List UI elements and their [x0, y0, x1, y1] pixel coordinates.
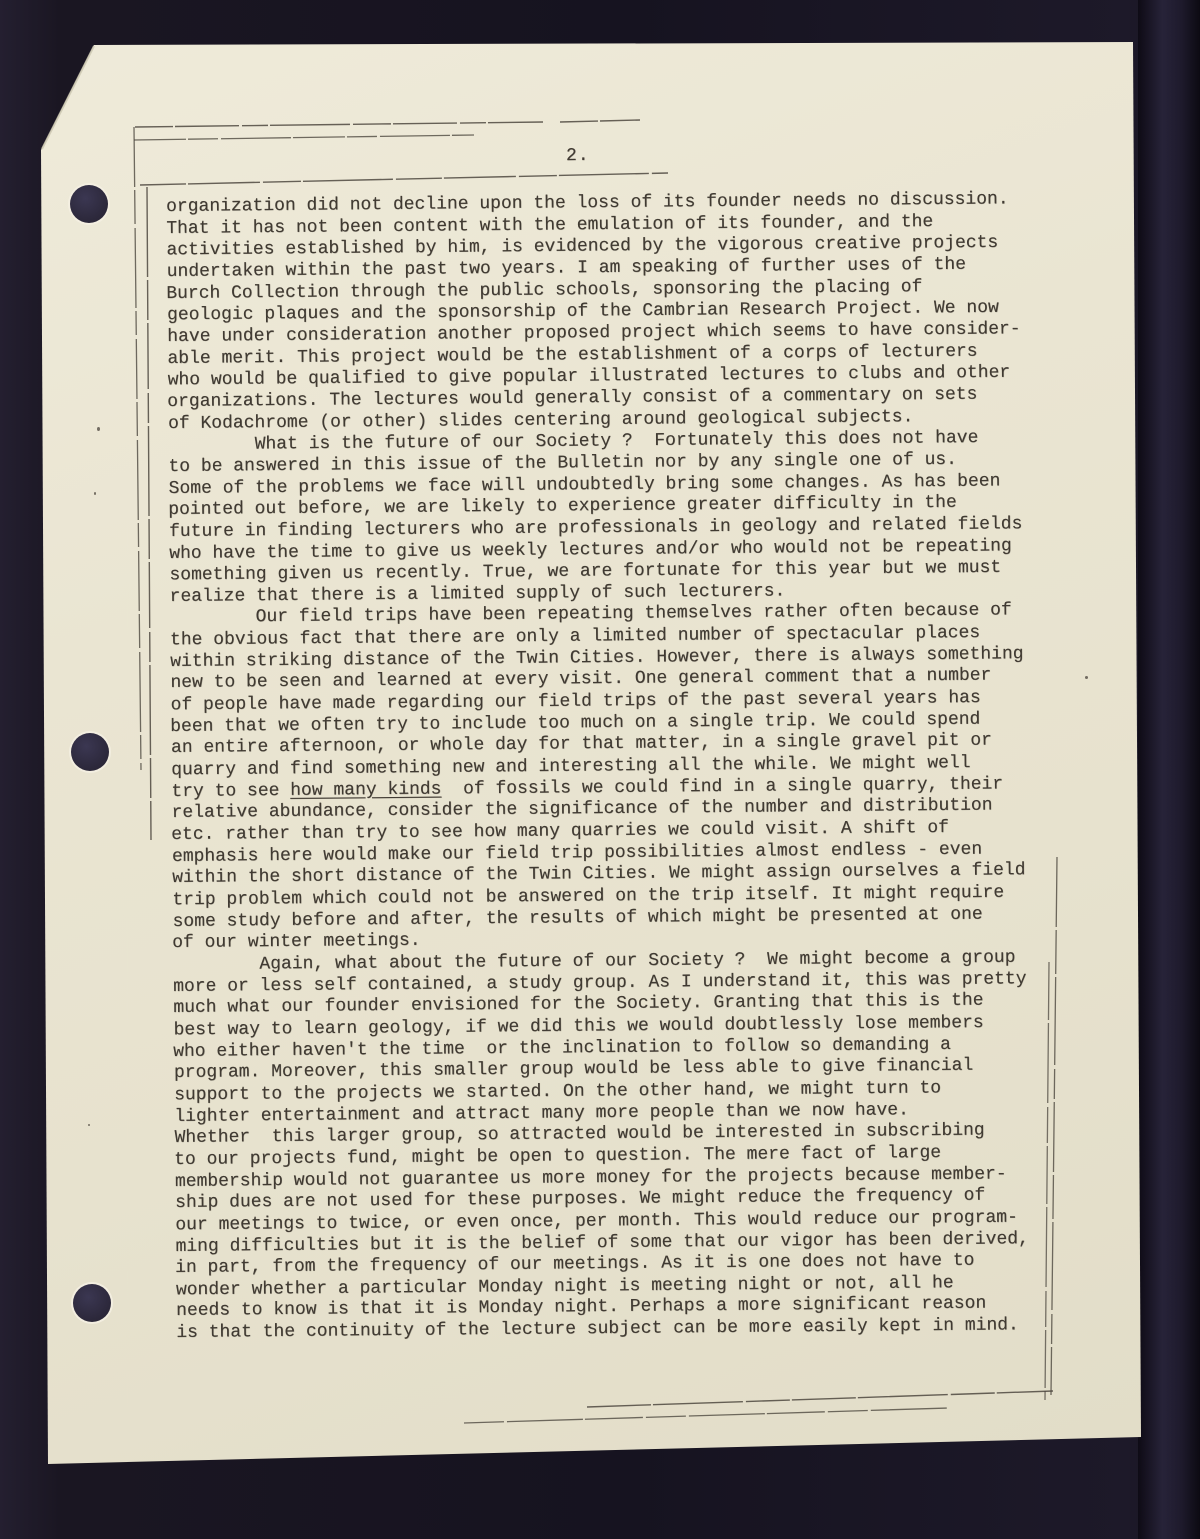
pencil-line-top-2	[134, 135, 474, 140]
pencil-line-bottom-2	[464, 1408, 948, 1423]
paper-speck	[88, 1124, 90, 1126]
pencil-line-left-outer	[134, 127, 141, 770]
pencil-line-top-1	[135, 120, 640, 127]
paper-speck	[97, 427, 100, 431]
text-block: organization did not decline upon the lo…	[166, 189, 1056, 1345]
paper-speck	[1085, 676, 1088, 679]
punch-hole-bottom	[73, 1284, 111, 1322]
underlined-phrase: how many kinds	[290, 779, 441, 800]
pencil-line-left-inner	[147, 187, 151, 840]
corner-fold-edge	[42, 46, 94, 149]
paper-speck	[94, 492, 96, 495]
punch-hole-middle	[71, 733, 109, 771]
scanned-page-stage: 2. organization did not decline upon the…	[0, 0, 1200, 1539]
page-number: 2.	[566, 146, 590, 166]
pencil-line-bottom-1	[587, 1391, 1053, 1407]
punch-hole-top	[70, 185, 108, 223]
pencil-line-header-rule	[140, 173, 668, 185]
